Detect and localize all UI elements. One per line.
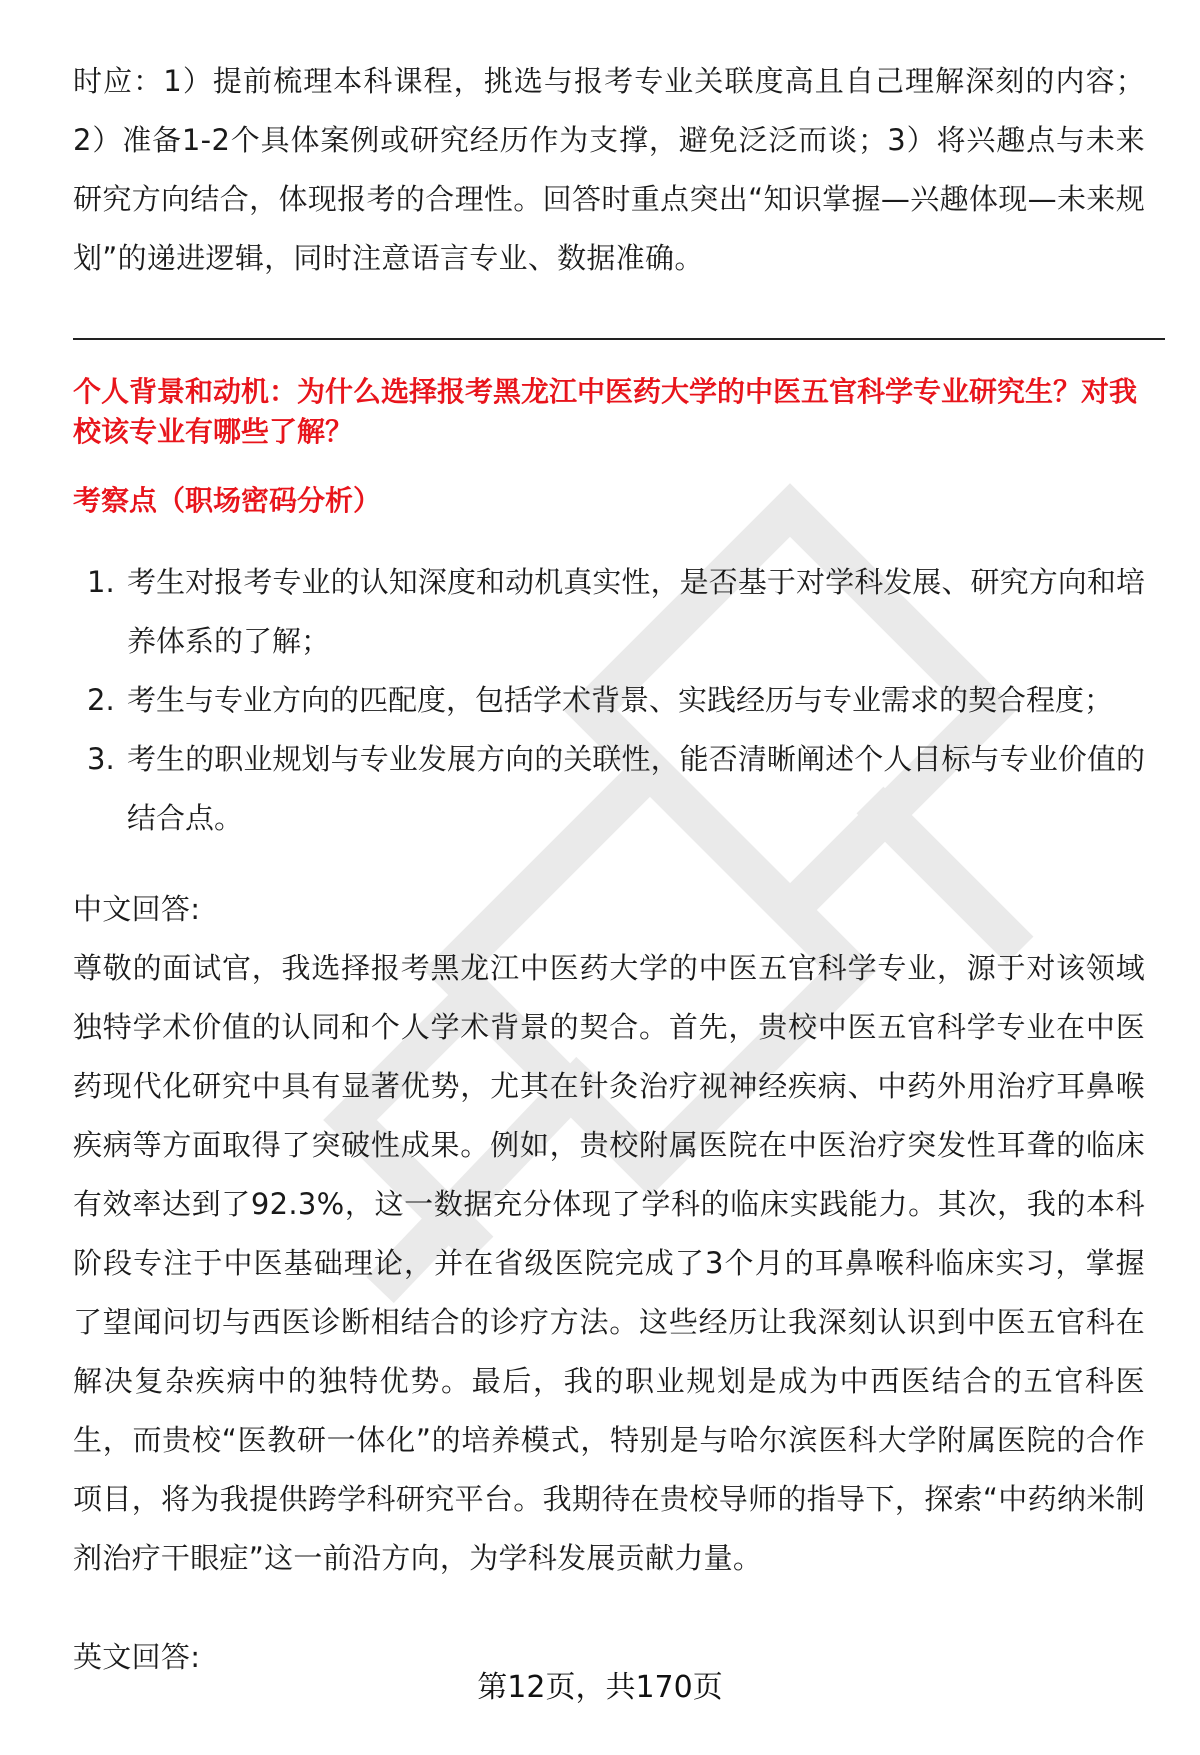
assessment-points: 1. 考生对报考专业的认知深度和动机真实性，是否基于对学科发展、研究方向和培养体…: [73, 553, 1145, 848]
chinese-answer-text: 尊敬的面试官，我选择报考黑龙江中医药大学的中医五官科学专业，源于对该领域独特学术…: [73, 939, 1145, 1588]
assessment-point: 3. 考生的职业规划与专业发展方向的关联性，能否清晰阐述个人目标与专业价值的结合…: [73, 730, 1145, 848]
section-divider: [73, 338, 1165, 340]
question-title: 个人背景和动机：为什么选择报考黑龙江中医药大学的中医五官科学专业研究生？对我校该…: [73, 372, 1145, 452]
assessment-point: 1. 考生对报考专业的认知深度和动机真实性，是否基于对学科发展、研究方向和培养体…: [73, 553, 1145, 671]
intro-paragraph: 时应：1）提前梳理本科课程，挑选与报考专业关联度高且自己理解深刻的内容；2）准备…: [73, 52, 1145, 288]
point-text: 考生对报考专业的认知深度和动机真实性，是否基于对学科发展、研究方向和培养体系的了…: [127, 553, 1145, 671]
assessment-heading: 考察点（职场密码分析）: [73, 481, 381, 521]
point-number: 3.: [73, 730, 127, 848]
assessment-point: 2. 考生与专业方向的匹配度，包括学术背景、实践经历与专业需求的契合程度；: [73, 671, 1145, 730]
point-text: 考生与专业方向的匹配度，包括学术背景、实践经历与专业需求的契合程度；: [127, 671, 1145, 730]
point-text: 考生的职业规划与专业发展方向的关联性，能否清晰阐述个人目标与专业价值的结合点。: [127, 730, 1145, 848]
chinese-answer-label: 中文回答:: [73, 880, 200, 939]
point-number: 2.: [73, 671, 127, 730]
point-number: 1.: [73, 553, 127, 671]
page-indicator: 第12页，共170页: [0, 1668, 1200, 1708]
